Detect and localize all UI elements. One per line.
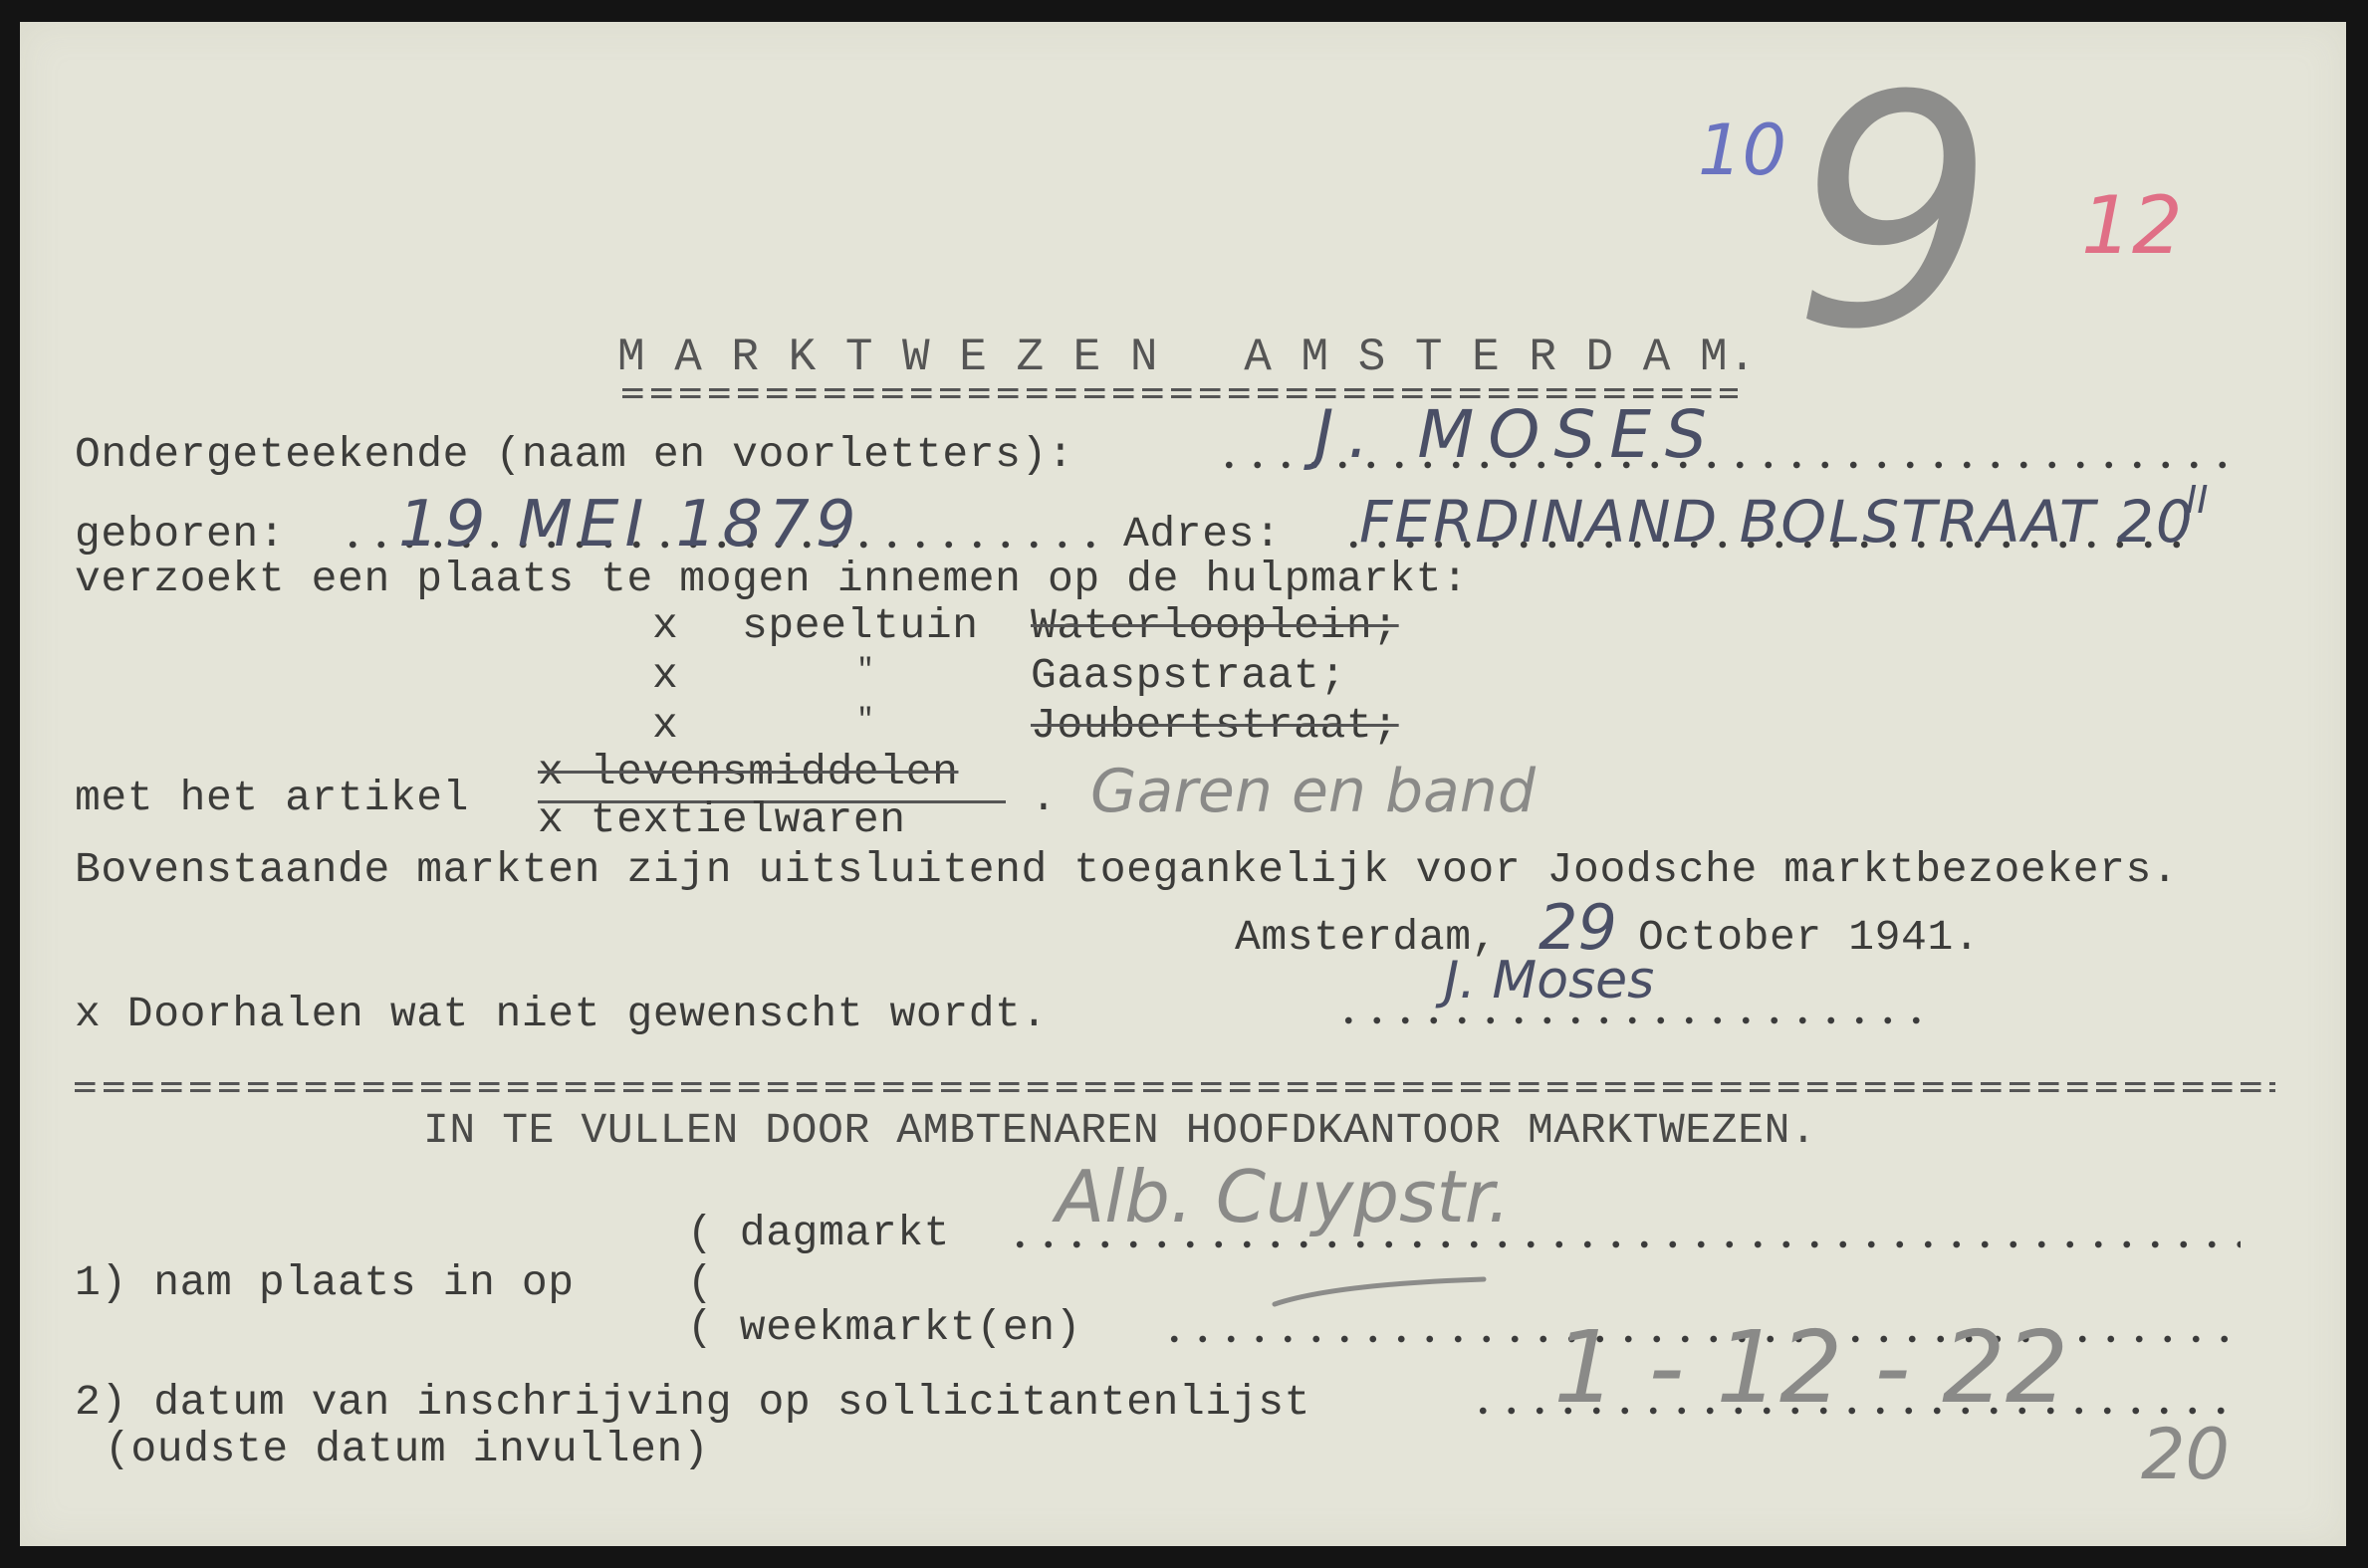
- pencil-flourish: [0, 0, 2368, 1568]
